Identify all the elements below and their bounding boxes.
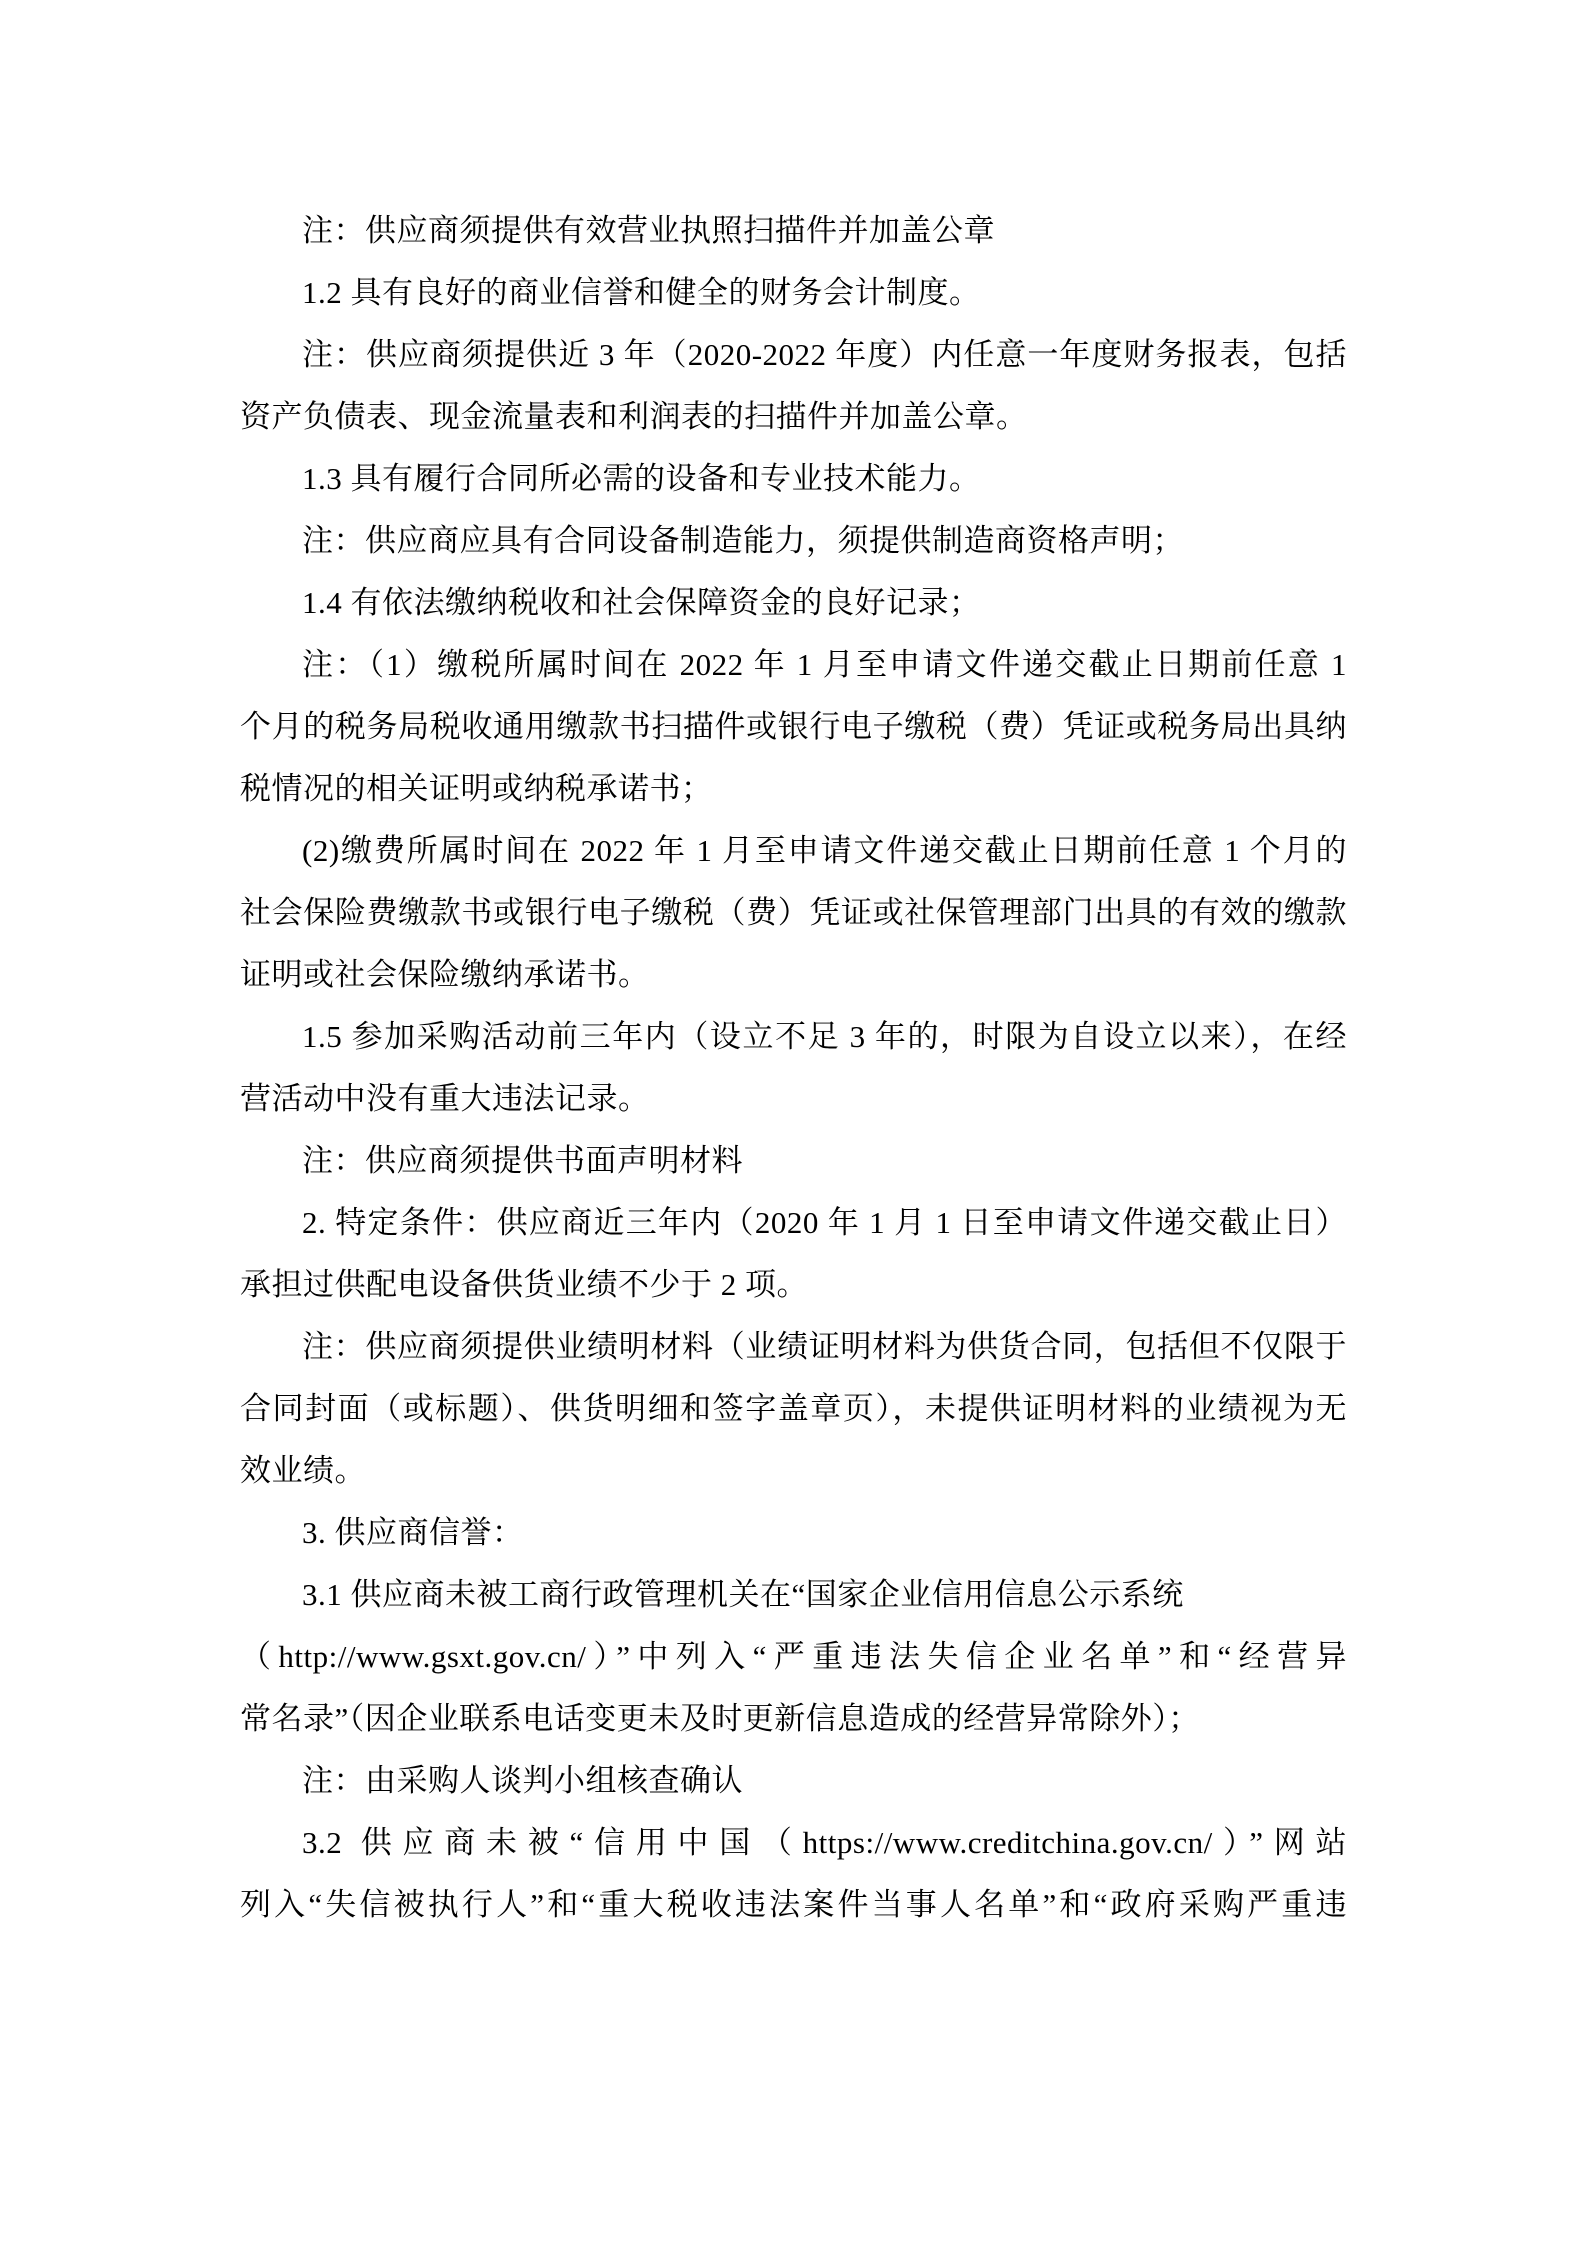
text-line: 注：由采购人谈判小组核查确认 — [240, 1750, 1347, 1812]
text-line: 社会保险费缴款书或银行电子缴税（费）凭证或社保管理部门出具的有效的缴款 — [240, 882, 1347, 944]
text-line: 注：供应商须提供业绩明材料（业绩证明材料为供货合同，包括但不仅限于 — [240, 1316, 1347, 1378]
text-line: 2. 特定条件：供应商近三年内（2020 年 1 月 1 日至申请文件递交截止日… — [240, 1192, 1347, 1254]
text-line: 营活动中没有重大违法记录。 — [240, 1068, 1347, 1130]
text-line: 3.2 供应商未被“信用中国（https://www.creditchina.g… — [240, 1812, 1347, 1874]
text-line: (2)缴费所属时间在 2022 年 1 月至申请文件递交截止日期前任意 1 个月… — [240, 820, 1347, 882]
text-line: 注：（1）缴税所属时间在 2022 年 1 月至申请文件递交截止日期前任意 1 — [240, 634, 1347, 696]
text-line: 3.1 供应商未被工商行政管理机关在“国家企业信用信息公示系统 — [240, 1564, 1347, 1626]
text-line: 常名录”（因企业联系电话变更未及时更新信息造成的经营异常除外）； — [240, 1688, 1347, 1750]
text-line: 1.2 具有良好的商业信誉和健全的财务会计制度。 — [240, 262, 1347, 324]
text-line: 列入“失信被执行人”和“重大税收违法案件当事人名单”和“政府采购严重违 — [240, 1874, 1347, 1936]
text-line: 注：供应商须提供近 3 年（2020-2022 年度）内任意一年度财务报表，包括 — [240, 324, 1347, 386]
document-page: 注：供应商须提供有效营业执照扫描件并加盖公章1.2 具有良好的商业信誉和健全的财… — [0, 0, 1587, 2245]
text-line: 注：供应商须提供有效营业执照扫描件并加盖公章 — [240, 200, 1347, 262]
text-line: 注：供应商须提供书面声明材料 — [240, 1130, 1347, 1192]
text-line: 税情况的相关证明或纳税承诺书； — [240, 758, 1347, 820]
text-line: （http://www.gsxt.gov.cn/）”中列入“严重违法失信企业名单… — [240, 1626, 1347, 1688]
text-line: 证明或社会保险缴纳承诺书。 — [240, 944, 1347, 1006]
text-line: 1.3 具有履行合同所必需的设备和专业技术能力。 — [240, 448, 1347, 510]
text-line: 资产负债表、现金流量表和利润表的扫描件并加盖公章。 — [240, 386, 1347, 448]
text-line: 承担过供配电设备供货业绩不少于 2 项。 — [240, 1254, 1347, 1316]
text-line: 效业绩。 — [240, 1440, 1347, 1502]
text-line: 个月的税务局税收通用缴款书扫描件或银行电子缴税（费）凭证或税务局出具纳 — [240, 696, 1347, 758]
text-line: 1.5 参加采购活动前三年内（设立不足 3 年的，时限为自设立以来），在经 — [240, 1006, 1347, 1068]
text-line: 合同封面（或标题）、供货明细和签字盖章页），未提供证明材料的业绩视为无 — [240, 1378, 1347, 1440]
text-line: 注：供应商应具有合同设备制造能力，须提供制造商资格声明； — [240, 510, 1347, 572]
text-line: 3. 供应商信誉： — [240, 1502, 1347, 1564]
text-line: 1.4 有依法缴纳税收和社会保障资金的良好记录； — [240, 572, 1347, 634]
document-body: 注：供应商须提供有效营业执照扫描件并加盖公章1.2 具有良好的商业信誉和健全的财… — [240, 200, 1347, 1936]
